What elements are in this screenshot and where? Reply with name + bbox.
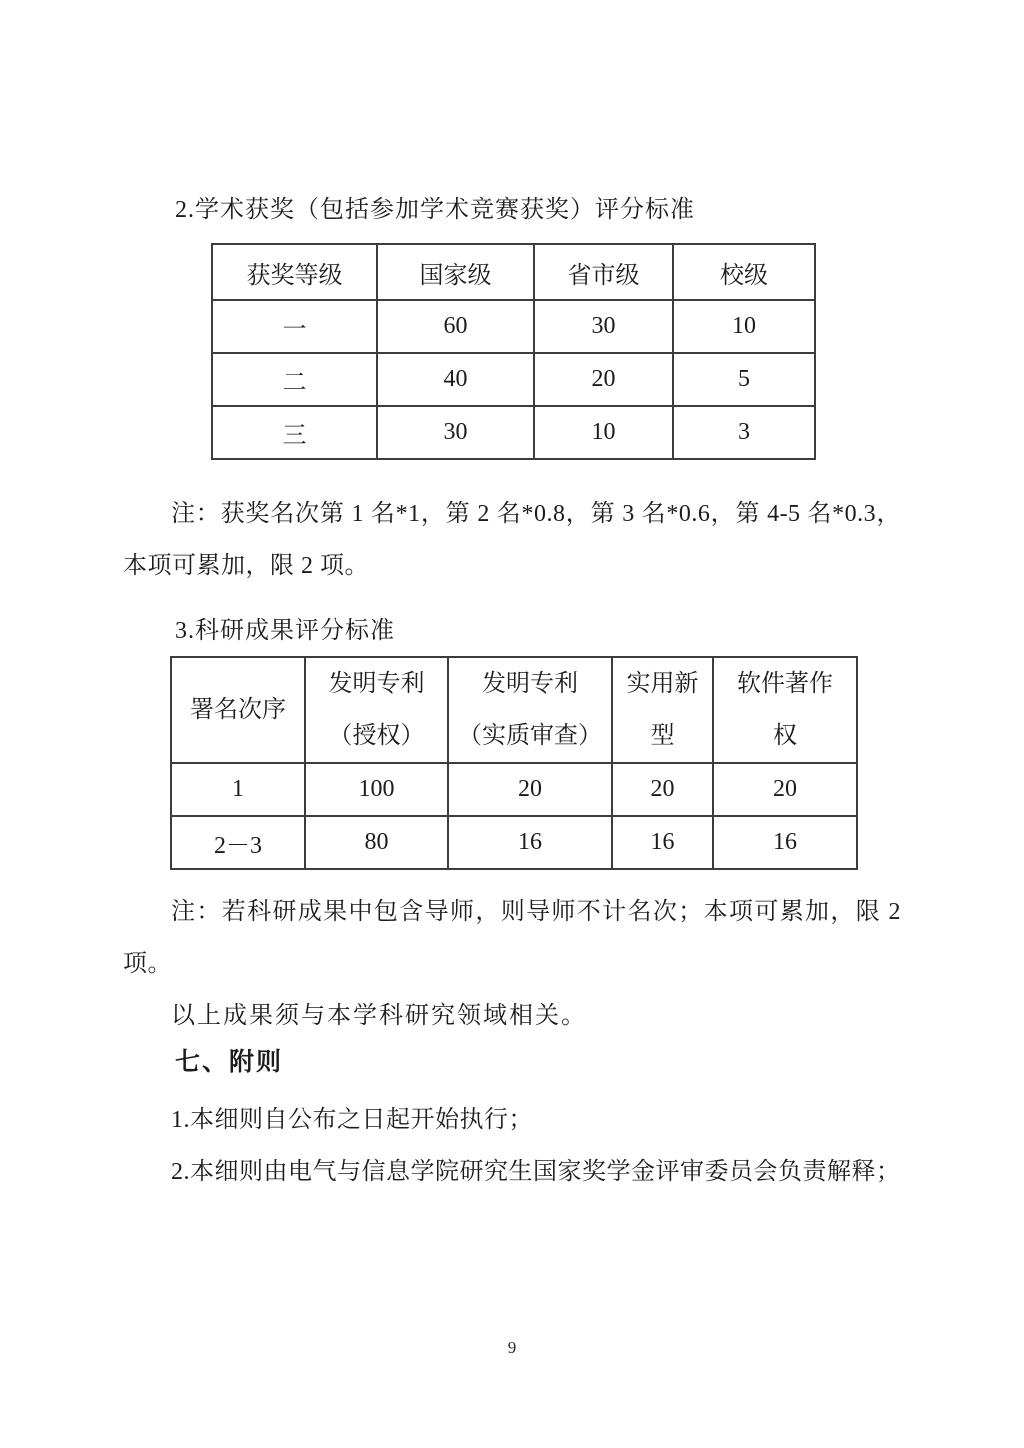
table-header-row: 署名次序 发明专利 （授权） 发明专利 （实质审查） 实用新 型 软件著作 权 bbox=[171, 657, 857, 763]
column-header-author-order: 署名次序 bbox=[171, 657, 305, 763]
table-row: 二 40 20 5 bbox=[212, 353, 815, 406]
bylaw-item-2: 2.本细则由电气与信息学院研究生国家奖学金评审委员会负责解释； bbox=[123, 1146, 901, 1198]
awards-score-table: 获奖等级 国家级 省市级 校级 一 60 30 10 二 40 20 5 三 3… bbox=[211, 243, 816, 460]
table-cell: 1 bbox=[171, 763, 305, 816]
column-header-software-copyright: 软件著作 权 bbox=[713, 657, 857, 763]
table-cell: 40 bbox=[377, 353, 534, 406]
table-row: 2－3 80 16 16 16 bbox=[171, 816, 857, 869]
column-header-utility-model: 实用新 型 bbox=[612, 657, 713, 763]
table-cell: 16 bbox=[448, 816, 612, 869]
column-header-school: 校级 bbox=[673, 244, 815, 300]
table-cell: 60 bbox=[377, 300, 534, 353]
column-header-provincial: 省市级 bbox=[534, 244, 673, 300]
research-remark: 以上成果须与本学科研究领域相关。 bbox=[123, 990, 901, 1042]
table-cell: 10 bbox=[673, 300, 815, 353]
awards-note: 注：获奖名次第 1 名*1，第 2 名*0.8，第 3 名*0.6，第 4-5 … bbox=[123, 488, 901, 592]
table-cell: 二 bbox=[212, 353, 377, 406]
column-header-patent-examined: 发明专利 （实质审查） bbox=[448, 657, 612, 763]
table-header-row: 获奖等级 国家级 省市级 校级 bbox=[212, 244, 815, 300]
column-header-national: 国家级 bbox=[377, 244, 534, 300]
table-cell: 一 bbox=[212, 300, 377, 353]
section7-heading: 七、附则 bbox=[123, 1044, 901, 1080]
table-cell: 16 bbox=[612, 816, 713, 869]
table-cell: 16 bbox=[713, 816, 857, 869]
research-note: 注：若科研成果中包含导师，则导师不计名次；本项可累加，限 2 项。 bbox=[123, 886, 901, 990]
table-cell: 30 bbox=[377, 406, 534, 459]
table-cell: 三 bbox=[212, 406, 377, 459]
section2-heading: 2.学术获奖（包括参加学术竞赛获奖）评分标准 bbox=[123, 193, 901, 227]
table-cell: 30 bbox=[534, 300, 673, 353]
table-row: 1 100 20 20 20 bbox=[171, 763, 857, 816]
research-score-table: 署名次序 发明专利 （授权） 发明专利 （实质审查） 实用新 型 软件著作 权 … bbox=[170, 656, 858, 870]
table-cell: 2－3 bbox=[171, 816, 305, 869]
column-header-patent-granted: 发明专利 （授权） bbox=[305, 657, 448, 763]
document-page: 2.学术获奖（包括参加学术竞赛获奖）评分标准 获奖等级 国家级 省市级 校级 一… bbox=[0, 0, 1024, 1448]
table-cell: 100 bbox=[305, 763, 448, 816]
table-row: 三 30 10 3 bbox=[212, 406, 815, 459]
table-cell: 3 bbox=[673, 406, 815, 459]
table-row: 一 60 30 10 bbox=[212, 300, 815, 353]
table-cell: 20 bbox=[713, 763, 857, 816]
page-number: 9 bbox=[0, 1338, 1024, 1358]
table-cell: 10 bbox=[534, 406, 673, 459]
column-header-award-level: 获奖等级 bbox=[212, 244, 377, 300]
page-content: 2.学术获奖（包括参加学术竞赛获奖）评分标准 获奖等级 国家级 省市级 校级 一… bbox=[123, 0, 901, 1198]
section3-heading: 3.科研成果评分标准 bbox=[123, 614, 901, 648]
table-cell: 20 bbox=[612, 763, 713, 816]
table-cell: 20 bbox=[534, 353, 673, 406]
table-cell: 80 bbox=[305, 816, 448, 869]
bylaw-item-1: 1.本细则自公布之日起开始执行； bbox=[123, 1094, 901, 1146]
table-cell: 20 bbox=[448, 763, 612, 816]
table-cell: 5 bbox=[673, 353, 815, 406]
